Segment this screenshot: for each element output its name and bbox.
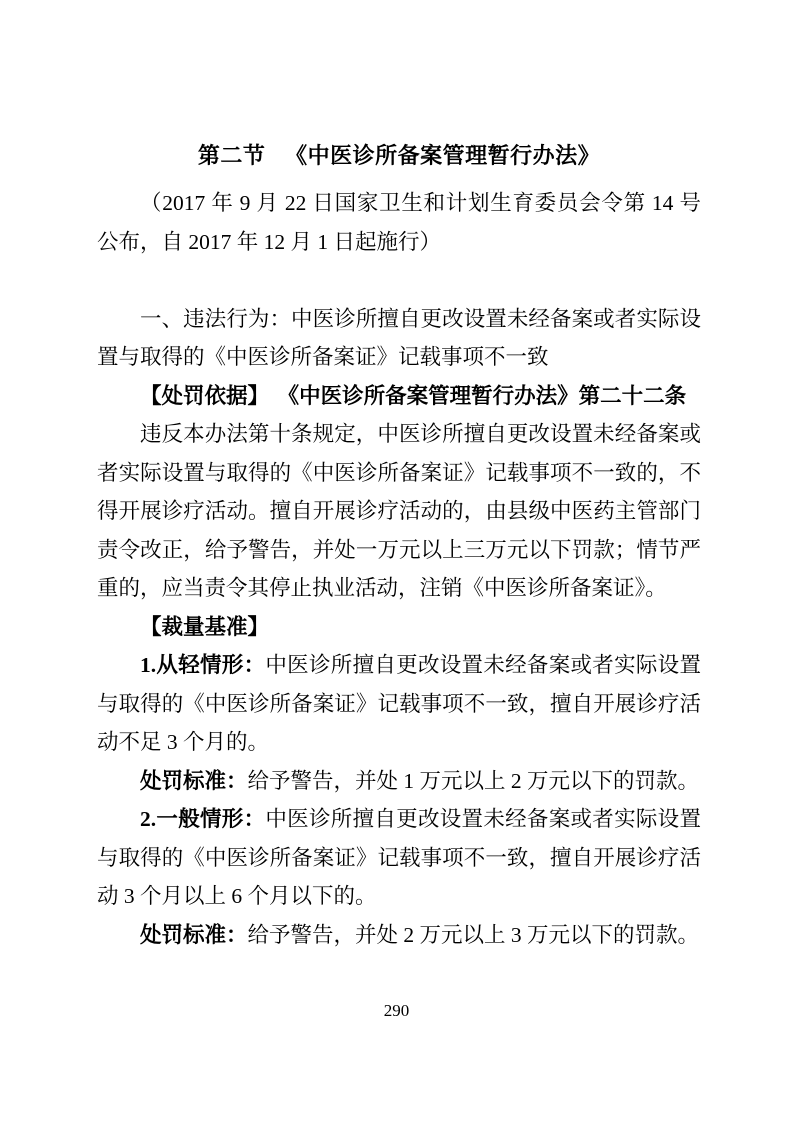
document-page: 第二节《中医诊所备案管理暂行办法》 （2017 年 9 月 22 日国家卫生和计…: [0, 0, 793, 1122]
general-case-penalty-text: 给予警告，并处 2 万元以上 3 万元以下的罚款。: [248, 923, 700, 947]
general-case-penalty-label: 处罚标准：: [140, 923, 248, 947]
law-text-paragraph: 违反本办法第十条规定，中医诊所擅自更改设置未经备案或者实际设置与取得的《中医诊所…: [97, 415, 701, 608]
general-case-penalty-paragraph: 处罚标准：给予警告，并处 2 万元以上 3 万元以下的罚款。: [97, 916, 701, 955]
title-regulation-name: 《中医诊所备案管理暂行办法》: [285, 143, 600, 168]
light-case-penalty-paragraph: 处罚标准：给予警告，并处 1 万元以上 2 万元以下的罚款。: [97, 762, 701, 801]
blank-line-spacer: [97, 261, 701, 300]
light-case-penalty-label: 处罚标准：: [140, 769, 248, 793]
light-case-penalty-text: 给予警告，并处 1 万元以上 2 万元以下的罚款。: [248, 769, 700, 793]
discretion-header: 【裁量基准】: [97, 608, 701, 647]
penalty-basis-paragraph: 【处罚依据】《中医诊所备案管理暂行办法》第二十二条: [97, 377, 701, 416]
document-content: 第二节《中医诊所备案管理暂行办法》 （2017 年 9 月 22 日国家卫生和计…: [0, 0, 793, 954]
page-title: 第二节《中医诊所备案管理暂行办法》: [97, 136, 701, 176]
page-number: 290: [0, 1000, 793, 1022]
general-case-paragraph: 2.一般情形：中医诊所擅自更改设置未经备案或者实际设置与取得的《中医诊所备案证》…: [97, 800, 701, 916]
title-section-number: 第二节: [198, 143, 266, 168]
penalty-basis-label: 【处罚依据】: [140, 384, 269, 408]
light-case-paragraph: 1.从轻情形：中医诊所擅自更改设置未经备案或者实际设置与取得的《中医诊所备案证》…: [97, 646, 701, 762]
light-case-label: 1.从轻情形：: [140, 653, 265, 677]
penalty-basis-text: 《中医诊所备案管理暂行办法》第二十二条: [288, 384, 686, 408]
promulgation-note: （2017 年 9 月 22 日国家卫生和计划生育委员会令第 14 号公布，自 …: [97, 184, 701, 261]
violation-paragraph: 一、违法行为：中医诊所擅自更改设置未经备案或者实际设置与取得的《中医诊所备案证》…: [97, 300, 701, 377]
general-case-label: 2.一般情形：: [140, 807, 265, 831]
